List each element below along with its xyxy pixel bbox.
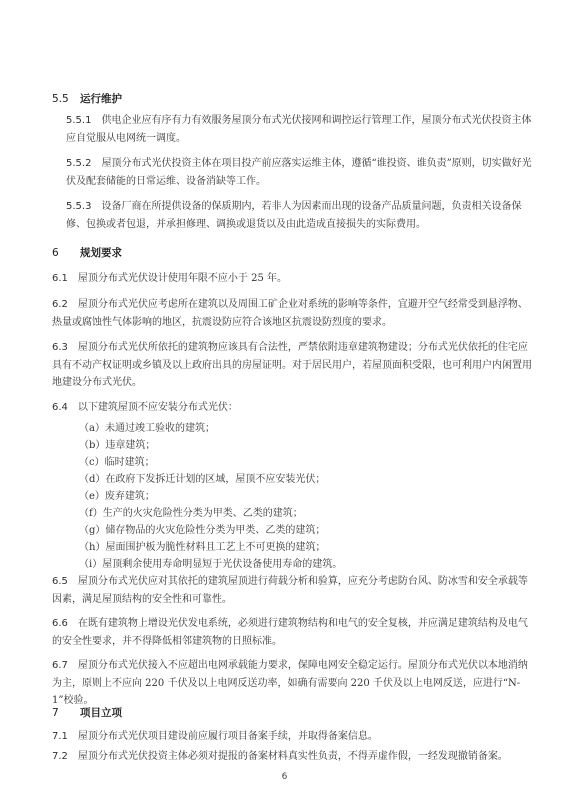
list-item: （b）违章建筑；	[79, 437, 155, 454]
section-heading-7: 7项目立项	[52, 705, 122, 720]
paragraph-6-1: 6.1屋顶分布式光伏设计使用年限不应小于 25 年。	[52, 270, 536, 288]
paragraph-6-7: 6.7屋顶分布式光伏接入不应超出电网承载能力要求，保障电网安全稳定运行。屋顶分布…	[52, 657, 536, 710]
paragraph-6-3: 6.3屋顶分布式光伏所依托的建筑物应该具有合法性，严禁依附违章建筑物建设；分布式…	[52, 339, 536, 392]
list-item: （g）储存物品的火灾危险性分类为甲类、乙类的建筑；	[79, 522, 325, 539]
list-item: （f）生产的火灾危险性分类为甲类、乙类的建筑；	[79, 505, 303, 522]
list-item: （d）在政府下发拆迁计划的区域，屋顶不应安装光伏；	[79, 471, 325, 488]
paragraph-7-2: 7.2屋顶分布式光伏投资主体必须对提报的备案材料真实性负责，不得弄虚作假，一经发…	[52, 748, 536, 766]
paragraph-6-4: 6.4以下建筑屋顶不应安装分布式光伏：	[52, 399, 536, 417]
paragraph-6-5: 6.5屋顶分布式光伏应对其依托的建筑屋顶进行荷载分析和验算，应充分考虑防台风、防…	[52, 573, 536, 608]
paragraph-5-5-3: 5.5.3设备厂商在所提供设备的保质期内，若非人为因素而出现的设备产品质量问题，…	[66, 198, 536, 233]
list-item: （c）临时建筑；	[79, 454, 155, 471]
document-page: 5.5运行维护 5.5.1供电企业应有序有力有效服务屋顶分布式光伏接网和调控运行…	[0, 0, 569, 800]
page-number: 6	[0, 772, 569, 782]
list-item: （a）未通过竣工验收的建筑；	[79, 420, 215, 437]
section-heading-5-5: 5.5运行维护	[52, 91, 122, 106]
list-item: （e）废弃建筑；	[79, 488, 155, 505]
paragraph-5-5-1: 5.5.1供电企业应有序有力有效服务屋顶分布式光伏接网和调控运行管理工作，屋顶分…	[66, 112, 536, 147]
section-heading-6: 6规划要求	[52, 245, 122, 260]
list-item: （i）屋顶剩余使用寿命明显短于光伏设备使用寿命的建筑。	[79, 556, 342, 573]
paragraph-6-6: 6.6在既有建筑物上增设光伏发电系统，必须进行建筑物结构和电气的安全复核，并应满…	[52, 615, 536, 650]
paragraph-5-5-2: 5.5.2屋顶分布式光伏投资主体在项目投产前应落实运维主体，遵循“谁投资、谁负责…	[66, 155, 536, 190]
list-item: （h）屋面围护板为脆性材料且工艺上不可更换的建筑；	[79, 539, 325, 556]
paragraph-6-2: 6.2屋顶分布式光伏应考虑所在建筑以及周围工矿企业对系统的影响等条件，宜避开空气…	[52, 296, 536, 331]
paragraph-7-1: 7.1屋顶分布式光伏项目建设前应履行项目备案手续，并取得备案信息。	[52, 728, 536, 746]
